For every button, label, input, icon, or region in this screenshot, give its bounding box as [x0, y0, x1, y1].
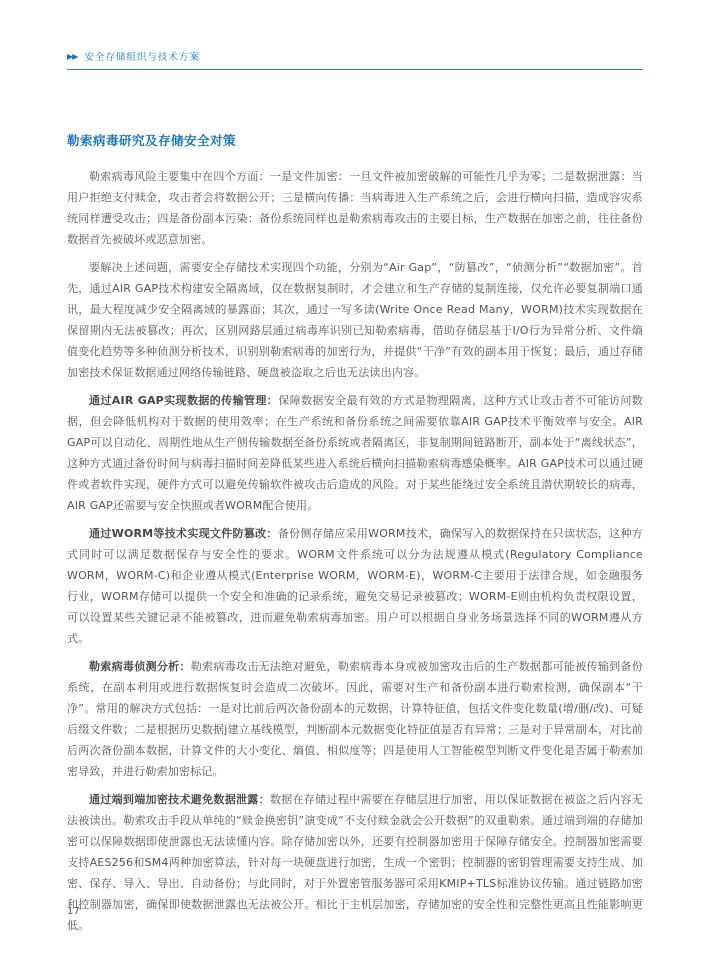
paragraph-risks: 勒索病毒风险主要集中在四个方面：一是文件加密：一旦文件被加密破解的可能性几乎为零…	[67, 166, 643, 250]
paragraph-text: 勒索病毒风险主要集中在四个方面：一是文件加密：一旦文件被加密破解的可能性几乎为零…	[67, 170, 643, 246]
running-header-title: 安全存储组织与技术方案	[84, 49, 200, 63]
double-arrow-icon: ▶▶	[67, 52, 77, 61]
section-title: 勒索病毒研究及存储安全对策	[67, 131, 643, 149]
paragraph-detection: 勒索病毒侦测分析：勒索病毒攻击无法绝对避免，勒索病毒本身或被加密攻击后的生产数据…	[67, 656, 643, 782]
document-page: ▶▶ 安全存储组织与技术方案 勒索病毒研究及存储安全对策 勒索病毒风险主要集中在…	[0, 0, 710, 963]
paragraph-four-functions: 要解决上述问题，需要安全存储技术实现四个功能，分别为“Air Gap”，“防篡改…	[67, 257, 643, 383]
paragraph-worm: 通过WORM等技术实现文件防篡改：备份侧存储应采用WORM技术，确保写入的数据保…	[67, 523, 643, 649]
paragraph-text: 备份侧存储应采用WORM技术，确保写入的数据保持在只读状态，这种方式同时可以满足…	[67, 527, 643, 645]
paragraph-air-gap: 通过AIR GAP实现数据的传输管理：保障数据安全最有效的方式是物理隔离，这种方…	[67, 390, 643, 516]
paragraph-lead: 通过WORM等技术实现文件防篡改：	[89, 527, 278, 540]
page-number: 17	[67, 906, 80, 917]
paragraph-text: 勒索病毒攻击无法绝对避免，勒索病毒本身或被加密攻击后的生产数据都可能被传输到备份…	[67, 660, 643, 778]
paragraph-lead: 勒索病毒侦测分析：	[89, 660, 191, 673]
page-content: ▶▶ 安全存储组织与技术方案 勒索病毒研究及存储安全对策 勒索病毒风险主要集中在…	[67, 0, 643, 943]
paragraph-lead: 通过端到端加密技术避免数据泄露：	[89, 793, 270, 806]
paragraph-lead: 通过AIR GAP实现数据的传输管理：	[89, 394, 278, 407]
paragraph-text: 要解决上述问题，需要安全存储技术实现四个功能，分别为“Air Gap”，“防篡改…	[67, 261, 643, 379]
running-header: ▶▶ 安全存储组织与技术方案	[67, 49, 643, 70]
body-text: 勒索病毒风险主要集中在四个方面：一是文件加密：一旦文件被加密破解的可能性几乎为零…	[67, 166, 643, 936]
paragraph-text: 数据在存储过程中需要在存储层进行加密，用以保证数据在被盗之后内容无法被读出。勒索…	[67, 793, 643, 932]
paragraph-text: 保障数据安全最有效的方式是物理隔离，这种方式让攻击者不可能访问数据，但会降低机构…	[67, 394, 643, 512]
paragraph-e2e-encryption: 通过端到端加密技术避免数据泄露：数据在存储过程中需要在存储层进行加密，用以保证数…	[67, 789, 643, 936]
